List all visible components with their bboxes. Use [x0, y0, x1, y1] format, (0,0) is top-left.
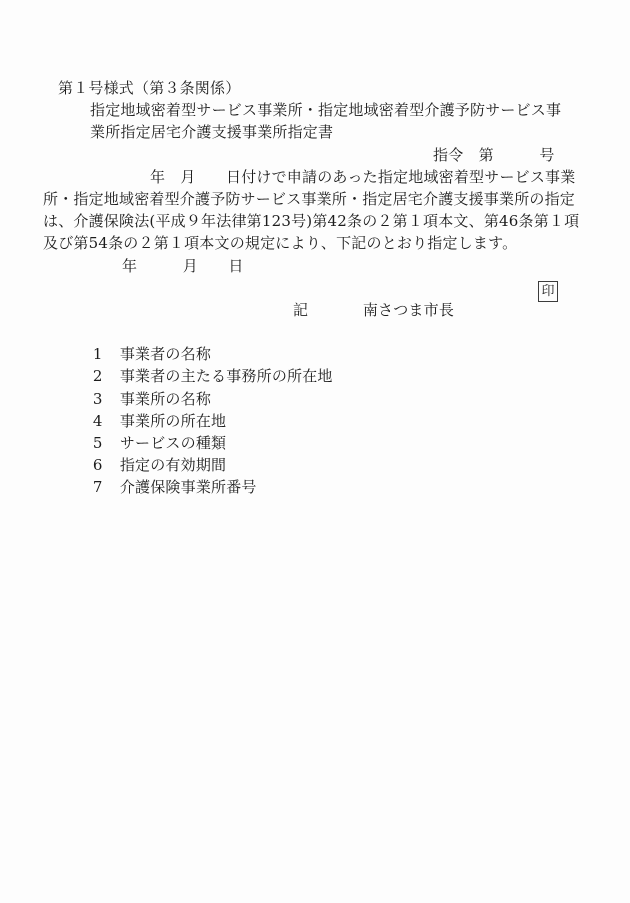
item-label: 事業者の主たる事務所の所在地: [120, 367, 333, 385]
item-label: 事業所の所在地: [120, 412, 226, 430]
item-label: 指定の有効期間: [120, 456, 226, 474]
item-label: 事業者の名称: [120, 345, 211, 363]
item-label: サービスの種類: [120, 434, 226, 452]
item-number: 1: [93, 343, 120, 365]
seal-stamp: 印: [538, 281, 558, 302]
item-label: 事業所の名称: [120, 390, 211, 408]
item-number: 7: [93, 476, 120, 498]
document-title-line-1: 指定地域密着型サービス事業所・指定地域密着型介護予防サービス事: [90, 99, 590, 121]
directive-number-line: 指令 第 号: [433, 144, 590, 166]
body-line-4: 及び第54条の２第１項本文の規定により、下記のとおり指定します。: [43, 232, 590, 254]
item-number: 3: [93, 388, 120, 410]
item-number: 4: [93, 410, 120, 432]
document-title-line-2: 業所指定居宅介護支援事業所指定書: [90, 121, 590, 143]
item-number: 5: [93, 432, 120, 454]
item-number: 2: [93, 365, 120, 387]
item-label: 介護保険事業所番号: [120, 478, 257, 496]
document-body: 第１号様式（第３条関係） 指定地域密着型サービス事業所・指定地域密着型介護予防サ…: [0, 0, 630, 476]
body-line-2: 所・指定地域密着型介護予防サービス事業所・指定居宅介護支援事業所の指定: [43, 188, 590, 210]
form-number-label: 第１号様式（第３条関係）: [58, 77, 590, 99]
body-line-3: は、介護保険法(平成９年法律第123号)第42条の２第１項本文、第46条第１項: [43, 210, 590, 232]
list-item-1: 1事業者の名称: [63, 321, 590, 343]
body-line-1: 年 月 日付けで申請のあった指定地域密着型サービス事業: [150, 166, 590, 188]
mayor-title: 南さつま市長: [363, 301, 454, 319]
date-line: 年 月 日: [122, 255, 590, 277]
document-page: 第１号様式（第３条関係） 指定地域密着型サービス事業所・指定地域密着型介護予防サ…: [0, 0, 630, 903]
item-number: 6: [93, 454, 120, 476]
